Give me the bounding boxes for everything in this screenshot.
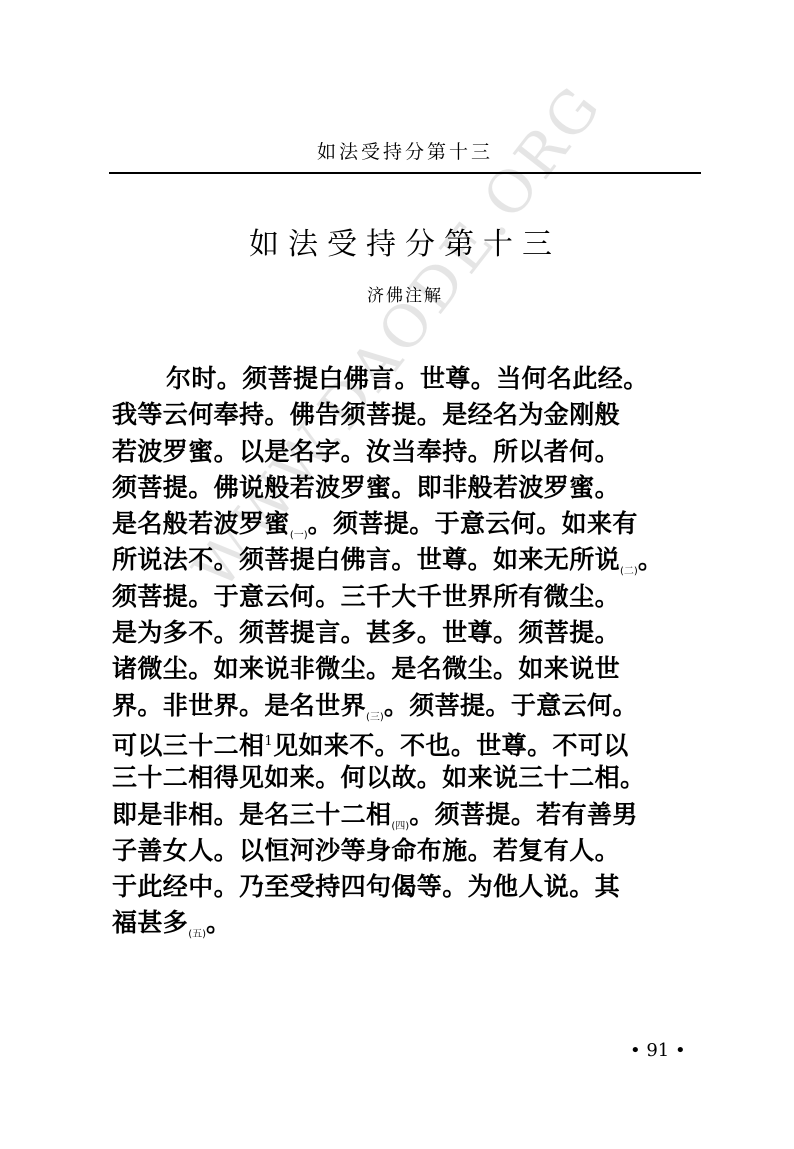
line-text: 。须菩提。于意云何。 [384, 691, 638, 720]
text-line: 即是非相。是名三十二相(四)。须菩提。若有善男 [112, 797, 702, 833]
line-text: 。 [206, 908, 231, 937]
text-line: 福甚多(五)。 [112, 905, 702, 941]
line-text: 诸微尘。如来说非微尘。是名微尘。如来说世 [112, 654, 620, 683]
text-line: 可以三十二相1见如来不。不也。世尊。不可以 [112, 724, 702, 760]
line-text: 可以三十二相 [112, 731, 264, 760]
footnote-marker[interactable]: (二) [620, 566, 638, 577]
line-text: 界。非世界。是名世界 [112, 691, 366, 720]
text-line: 诸微尘。如来说非微尘。是名微尘。如来说世 [112, 651, 702, 687]
body-text: 尔时。须菩提白佛言。世尊。当何名此经。 我等云何奉持。佛告须菩提。是经名为金刚般… [112, 361, 702, 942]
text-line: 三十二相得见如来。何以故。如来说三十二相。 [112, 760, 702, 796]
line-text: 。 [638, 545, 663, 574]
text-line: 界。非世界。是名世界(三)。须菩提。于意云何。 [112, 688, 702, 724]
footnote-marker[interactable]: (一) [290, 530, 308, 541]
line-text: 须菩提。佛说般若波罗蜜。即非般若波罗蜜。 [112, 473, 620, 502]
line-text: 是名般若波罗蜜 [112, 509, 290, 538]
line-text: 我等云何奉持。佛告须菩提。是经名为金刚般 [112, 400, 620, 429]
line-text: 子善女人。以恒河沙等身命布施。若复有人。 [112, 836, 620, 865]
text-line: 尔时。须菩提白佛言。世尊。当何名此经。 [112, 361, 702, 397]
text-line: 是名般若波罗蜜(一)。须菩提。于意云何。如来有 [112, 506, 702, 542]
line-text: 尔时。须菩提白佛言。世尊。当何名此经。 [166, 364, 649, 393]
line-text: 。须菩提。若有善男 [409, 800, 638, 829]
line-text: 即是非相。是名三十二相 [112, 800, 391, 829]
line-text: 是为多不。须菩提言。甚多。世尊。须菩提。 [112, 618, 620, 647]
text-line: 须菩提。于意云何。三千大千世界所有微尘。 [112, 579, 702, 615]
text-line: 所说法不。须菩提白佛言。世尊。如来无所说(二)。 [112, 542, 702, 578]
footnote-marker[interactable]: (五) [188, 929, 206, 940]
text-line: 于此经中。乃至受持四句偈等。为他人说。其 [112, 869, 702, 905]
line-text: 所说法不。须菩提白佛言。世尊。如来无所说 [112, 545, 620, 574]
footnote-marker[interactable]: (三) [366, 712, 384, 723]
line-text: 见如来不。不也。世尊。不可以 [273, 731, 629, 760]
text-line: 我等云何奉持。佛告须菩提。是经名为金刚般 [112, 397, 702, 433]
text-line: 子善女人。以恒河沙等身命布施。若复有人。 [112, 833, 702, 869]
line-text: 三十二相得见如来。何以故。如来说三十二相。 [112, 763, 645, 792]
text-line: 须菩提。佛说般若波罗蜜。即非般若波罗蜜。 [112, 470, 702, 506]
page-number: • 91 • [630, 1040, 686, 1062]
line-text: 若波罗蜜。以是名字。汝当奉持。所以者何。 [112, 437, 620, 466]
running-header: 如法受持分第十三 [110, 140, 700, 164]
superscript-footnote[interactable]: 1 [264, 734, 273, 749]
chapter-subtitle: 济佛注解 [110, 284, 700, 308]
text-line: 若波罗蜜。以是名字。汝当奉持。所以者何。 [112, 434, 702, 470]
line-text: 于此经中。乃至受持四句偈等。为他人说。其 [112, 872, 620, 901]
line-text: 福甚多 [112, 908, 188, 937]
footnote-marker[interactable]: (四) [391, 821, 409, 832]
header-rule [109, 172, 701, 174]
text-line: 是为多不。须菩提言。甚多。世尊。须菩提。 [112, 615, 702, 651]
chapter-title: 如法受持分第十三 [110, 225, 700, 265]
line-text: 。须菩提。于意云何。如来有 [308, 509, 638, 538]
line-text: 须菩提。于意云何。三千大千世界所有微尘。 [112, 582, 620, 611]
